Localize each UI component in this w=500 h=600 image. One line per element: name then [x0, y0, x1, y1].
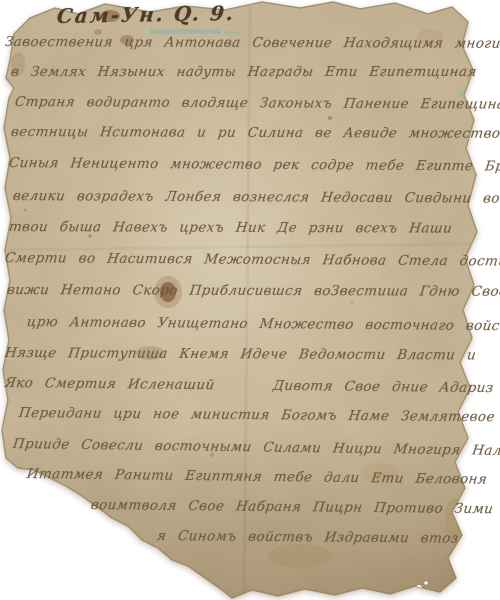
- manuscript-line-10: црю Антонаво Унищетано Множество восточн…: [26, 314, 500, 334]
- manuscript-line-16: воимтволя Свое Набраня Пицрн Противо Зим…: [90, 497, 494, 517]
- manuscript-line-5: Синыя Нениценто множество рек содре тебе…: [8, 155, 500, 175]
- manuscript-line-7: твои быша Навехъ црехъ Ник Де рзни всехъ…: [8, 219, 453, 237]
- manuscript-line-8: Смерти во Наситився Межотосныя Набнова С…: [4, 250, 500, 270]
- document-scan: Сам-Ун. Q. 9. Завоествения цря Антонава …: [0, 0, 500, 600]
- manuscript-line-6: велики возрадехъ Лонбея вознеслся Недоса…: [12, 188, 500, 207]
- manuscript-line-13: Переидани цри ное министия Богомъ Наме З…: [18, 405, 496, 425]
- manuscript-line-9: вижи Нетано Скоро Приблисившся воЗвестиш…: [6, 282, 500, 300]
- manuscript-line-17: я Синомъ войствъ Издравими втоз: [156, 528, 460, 547]
- manuscript-text: Сам-Ун. Q. 9. Завоествения цря Антонава …: [0, 0, 500, 600]
- manuscript-line-15: Итатмея Ранити Египтяня тебе дали Ети Бе…: [26, 466, 488, 488]
- shelfmark: Сам-Ун. Q. 9.: [56, 1, 236, 28]
- manuscript-line-12: Яко Смертия Исленаший Дивотя Свое дние А…: [4, 375, 500, 396]
- manuscript-line-4: вестницы Нситонава и ри Силина ве Аевиде…: [10, 124, 500, 142]
- manuscript-line-11: Нязще Приступиша Кнемя Идече Ведомости В…: [4, 345, 477, 363]
- manuscript-line-3: Страня водиранто влодяще Законыхъ Панени…: [14, 94, 500, 113]
- manuscript-line-1: Завоествения цря Антонава Совечение Нахо…: [4, 34, 500, 52]
- manuscript-line-2: в Землях Нязыних надуты Награды Ети Егип…: [10, 64, 478, 80]
- manuscript-line-14: Прииде Совесли восточными Силами Ницри М…: [12, 436, 500, 459]
